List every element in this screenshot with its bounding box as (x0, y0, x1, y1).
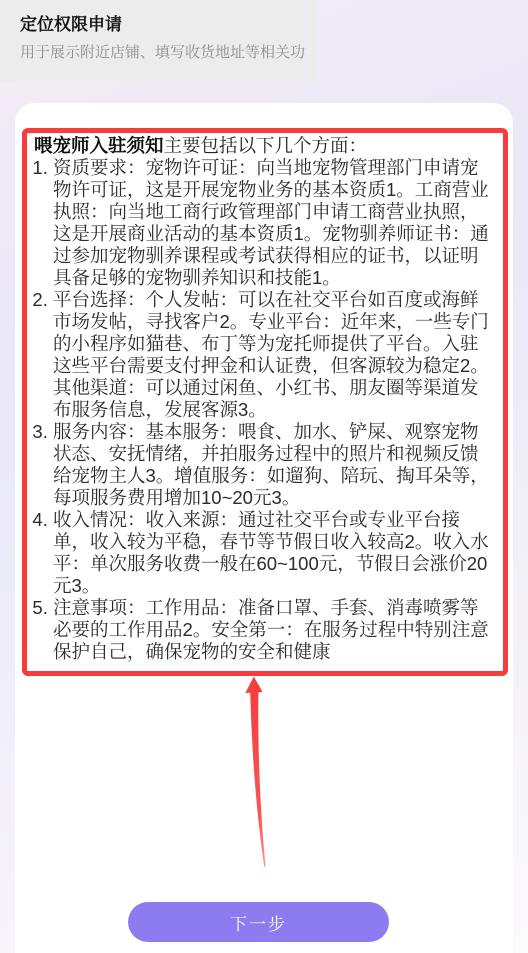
notice-highlight-box: 喂宠师入驻须知主要包括以下几个方面： 资质要求：宠物许可证：向当地宠物管理部门申… (22, 128, 508, 676)
permission-banner-title: 定位权限申请 (20, 13, 306, 37)
notice-item-platforms: 平台选择：个人发帖：可以在社交平台如百度或海鲜市场发帖，寻找客户2。专业平台：近… (53, 289, 496, 421)
notice-heading-title: 喂宠师入驻须知 (34, 135, 164, 156)
notice-heading-rest: 主要包括以下几个方面： (164, 135, 368, 156)
notice-item-qualifications: 资质要求：宠物许可证：向当地宠物管理部门申请宠物许可证，这是开展宠物业务的基本资… (53, 157, 496, 289)
notice-heading: 喂宠师入驻须知主要包括以下几个方面： (34, 135, 496, 157)
notice-card: 喂宠师入驻须知主要包括以下几个方面： 资质要求：宠物许可证：向当地宠物管理部门申… (15, 103, 513, 953)
notice-list: 资质要求：宠物许可证：向当地宠物管理部门申请宠物许可证，这是开展宠物业务的基本资… (34, 157, 496, 663)
notice-item-income: 收入情况：收入来源：通过社交平台或专业平台接单，收入较为平稳，春节等节假日收入较… (53, 509, 496, 597)
permission-banner-subtitle: 用于展示附近店铺、填写收货地址等相关功能 (20, 42, 306, 63)
next-step-button[interactable]: 下一步 (128, 902, 389, 942)
notice-item-precautions: 注意事项：工作用品：准备口罩、手套、消毒喷雾等必要的工作用品2。安全第一：在服务… (53, 597, 496, 663)
pet-sitter-onboarding-screen: 喂宠师入驻须知主要包括以下几个方面： 资质要求：宠物许可证：向当地宠物管理部门申… (0, 0, 528, 953)
location-permission-banner: 定位权限申请 用于展示附近店铺、填写收货地址等相关功能 (0, 0, 316, 81)
notice-item-services: 服务内容：基本服务：喂食、加水、铲屎、观察宠物状态、安抚情绪，并拍服务过程中的照… (53, 421, 496, 509)
